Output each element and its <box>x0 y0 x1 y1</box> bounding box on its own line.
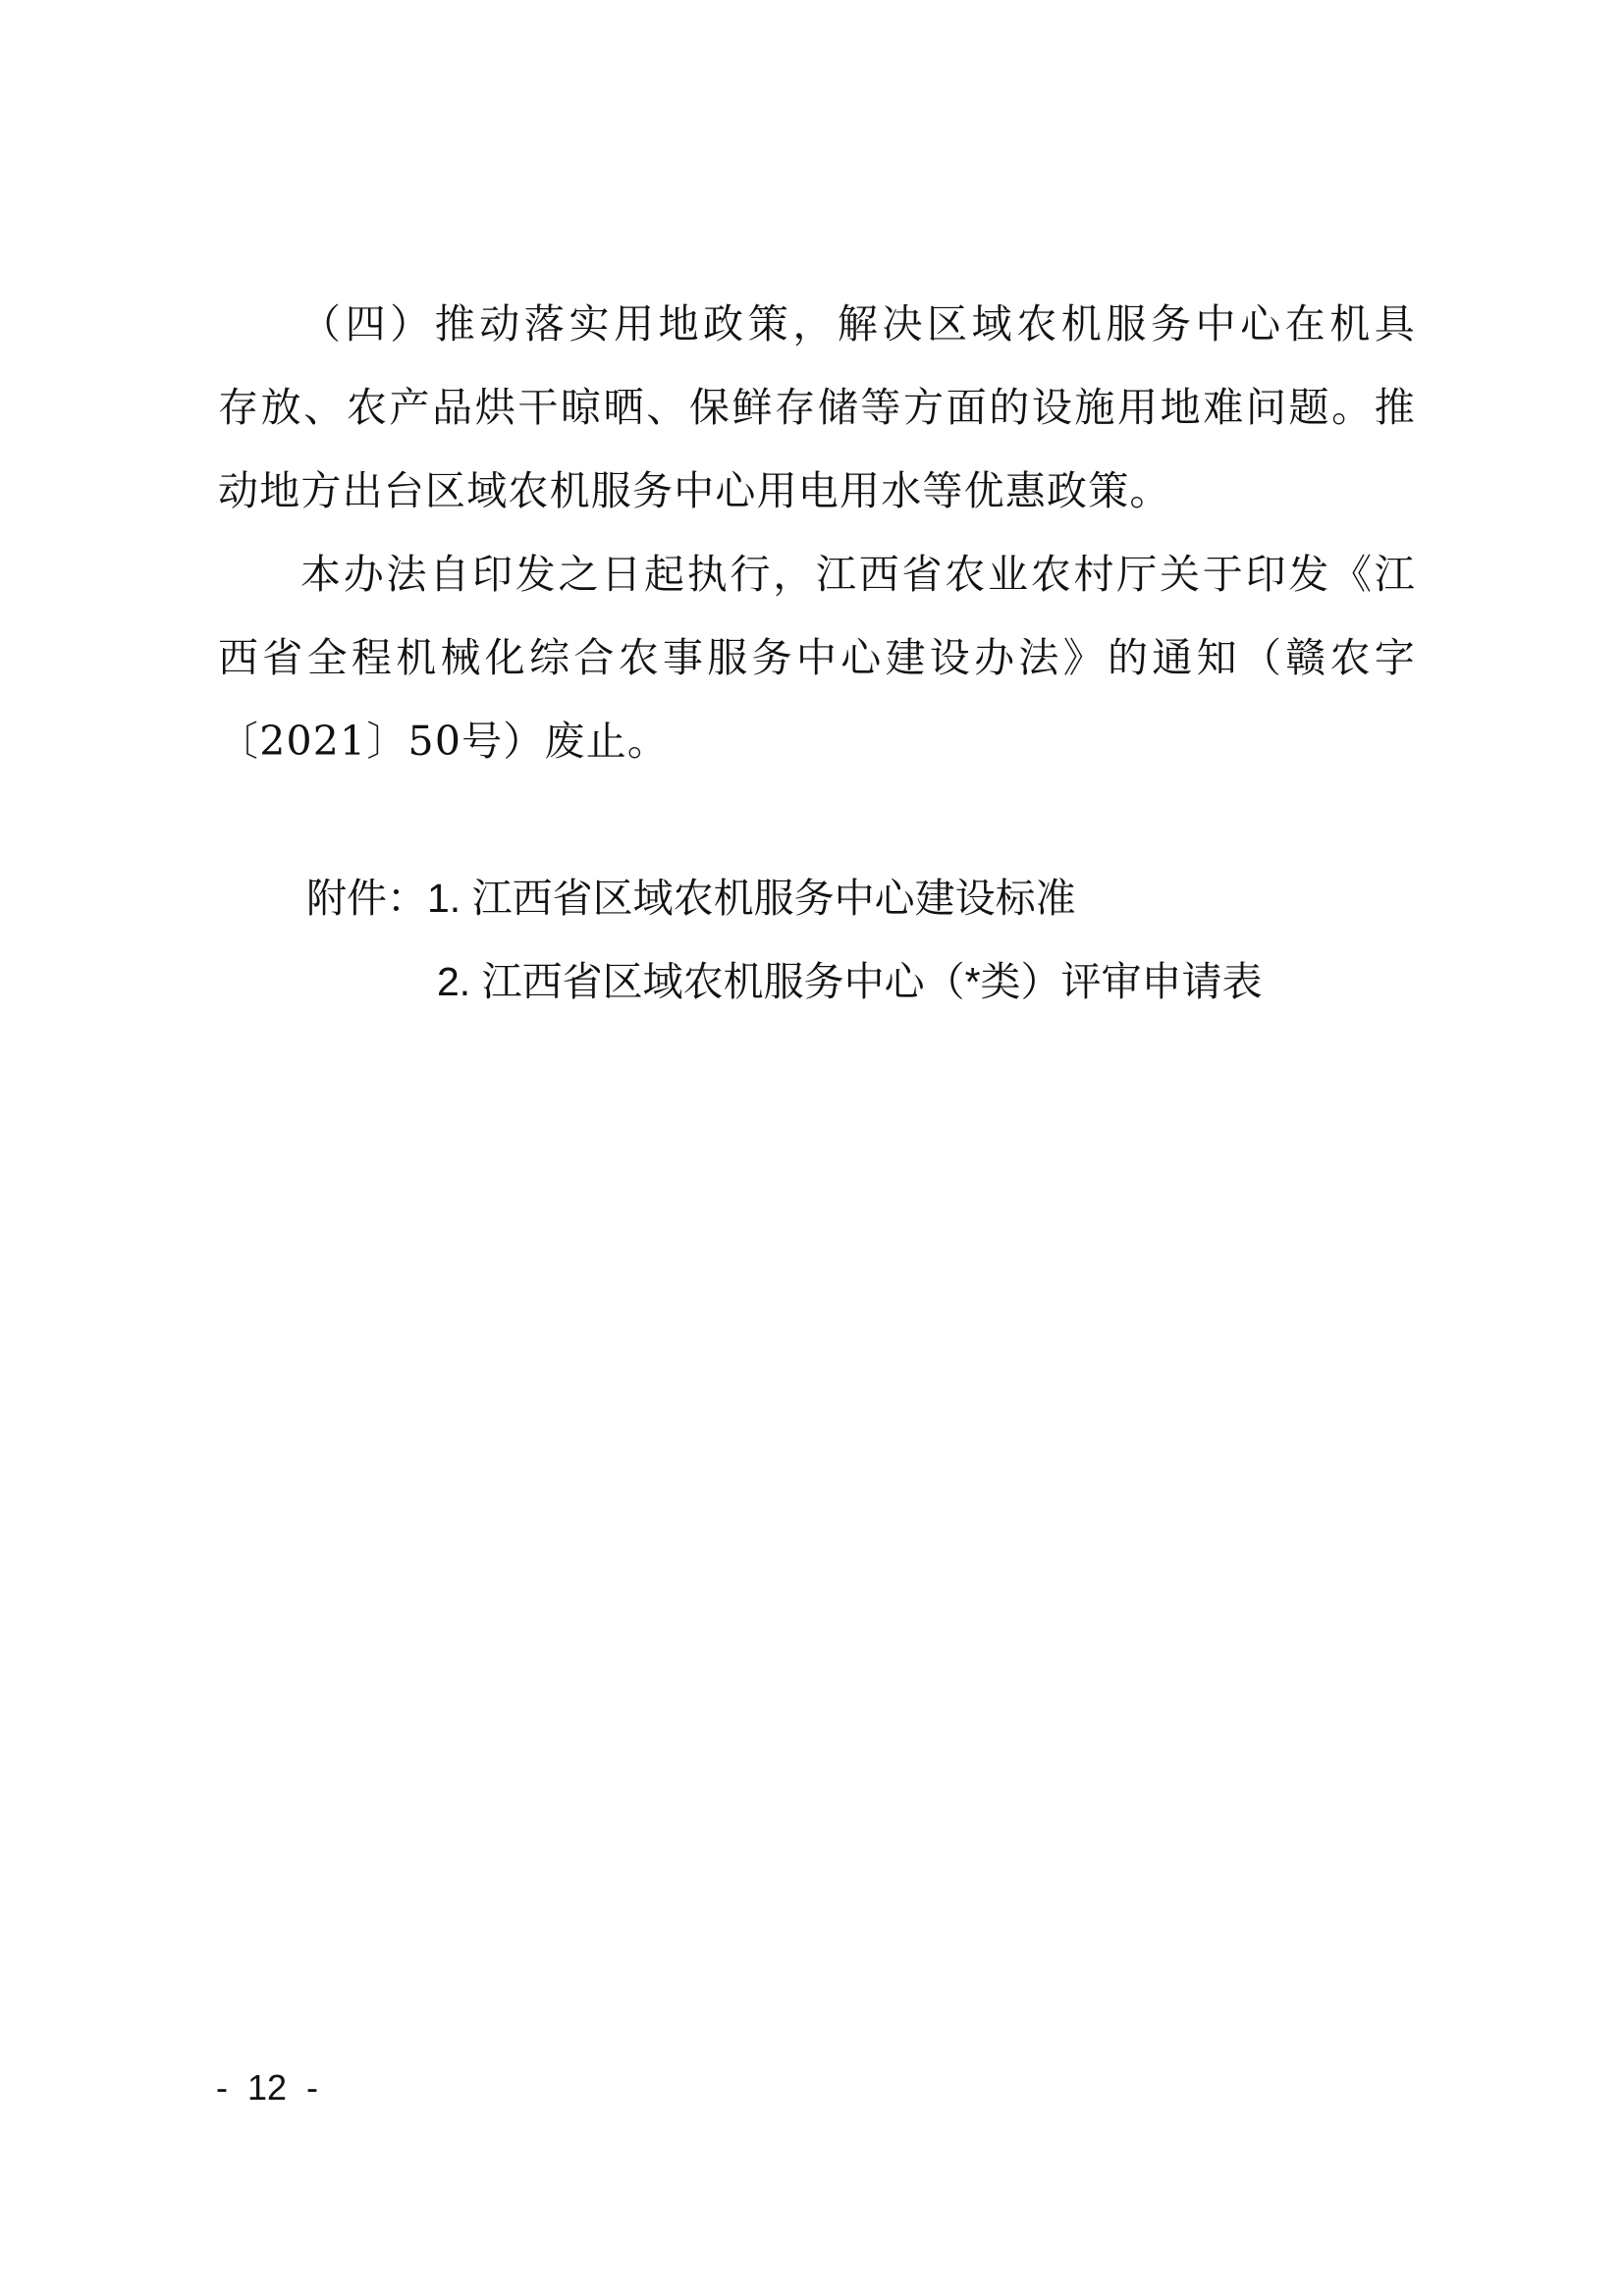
paragraph-2-line-1: 本办法自印发之日起执行，江西省农业农村厅关于印发《江 <box>300 545 1416 604</box>
paragraph-2-line-2: 西省全程机械化综合农事服务中心建设办法》的通知（赣农字 <box>218 628 1416 687</box>
page-number: - 12 - <box>216 2063 318 2112</box>
paragraph-2-line-3: 〔2021〕50号）废止。 <box>218 712 1416 771</box>
attachment-item-2: 2. 江西省区域农机服务中心（*类）评审申请表 <box>437 952 1624 1011</box>
document-page: （四）推动落实用地政策，解决区域农机服务中心在机具 存放、农产品烘干晾晒、保鲜存… <box>0 0 1624 2296</box>
attachment-item-1: 1. 江西省区域农机服务中心建设标准 <box>427 876 1076 921</box>
paragraph-1-line-3: 动地方出台区域农机服务中心用电用水等优惠政策。 <box>218 461 1416 520</box>
attachments-label: 附件： <box>306 876 427 921</box>
attachments-block: 附件：1. 江西省区域农机服务中心建设标准 <box>306 869 1504 928</box>
paragraph-1-line-1: （四）推动落实用地政策，解决区域农机服务中心在机具 <box>300 294 1416 353</box>
paragraph-1-line-2: 存放、农产品烘干晾晒、保鲜存储等方面的设施用地难问题。推 <box>218 378 1416 437</box>
